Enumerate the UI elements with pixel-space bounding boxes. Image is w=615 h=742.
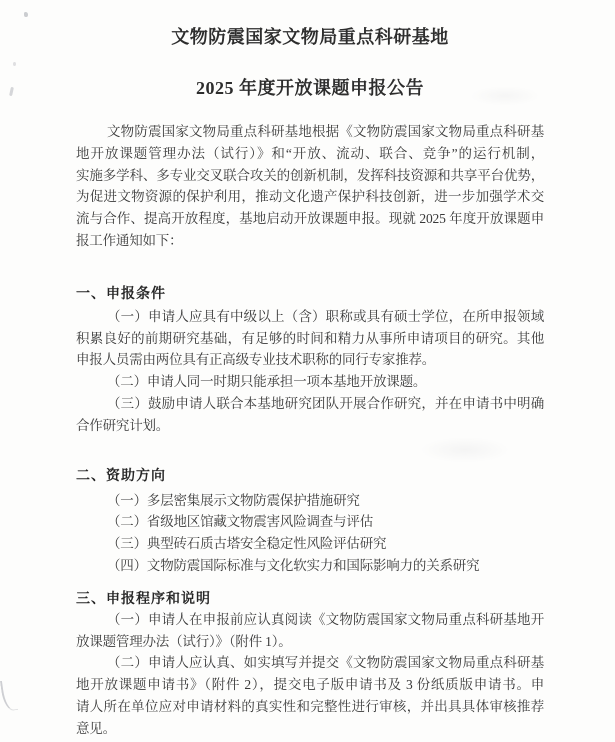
section-1-heading: 一、申报条件: [76, 282, 544, 304]
text-line: 地开放课题申请书》（附件 2），提交电子版申请书及 3 份纸质版申请书。申: [76, 674, 544, 696]
intro-paragraph: 文物防震国家文物局重点科研基地根据《文物防震国家文物局重点科研基 地开放课题管理…: [76, 121, 544, 252]
text-line: 地开放课题管理办法（试行）》和“开放、流动、联合、竞争”的运行机制，: [76, 143, 544, 165]
text-line: （一）申请人应具有中级以上（含）职称或具有硕士学位，在所申报领域: [76, 306, 544, 328]
text-line: （二）申请人同一时期只能承担一项本基地开放课题。: [76, 371, 544, 393]
scan-speck: [13, 62, 16, 66]
section-3-body: （一）申请人在申报前应认真阅读《文物防震国家文物局重点科研基地开 放课题管理办法…: [76, 609, 544, 740]
section-2-heading: 二、资助方向: [76, 464, 544, 486]
text-line: （三）鼓励申请人联合本基地研究团队开展合作研究，并在申请书中明确: [76, 393, 544, 415]
scanned-document-page: 文物防震国家文物局重点科研基地 2025 年度开放课题申报公告 文物防震国家文物…: [0, 0, 615, 742]
text-line: 积累良好的前期研究基础，有足够的时间和精力从事所申请项目的研究。其他: [76, 328, 544, 350]
text-line: （三）典型砖石质古塔安全稳定性风险评估研究: [76, 533, 544, 555]
text-line: 意见。: [76, 718, 544, 740]
text-line: 请人所在单位应对申请材料的真实性和完整性进行审核，并出具具体审核推荐: [76, 696, 544, 718]
section-3-heading: 三、申报程序和说明: [76, 587, 544, 609]
scan-mark: [0, 679, 18, 712]
text-line: 文物防震国家文物局重点科研基地根据《文物防震国家文物局重点科研基: [76, 121, 544, 143]
text-line: （二）省级地区馆藏文物震害风险调查与评估: [76, 511, 544, 533]
document-title: 文物防震国家文物局重点科研基地: [76, 27, 544, 47]
scan-speck: [9, 87, 14, 96]
section-1-body: （一）申请人应具有中级以上（含）职称或具有硕士学位，在所申报领域 积累良好的前期…: [76, 306, 544, 437]
text-line: 为促进文物资源的保护利用，推动文化遗产保护科技创新，进一步加强学术交: [76, 186, 544, 208]
text-line: 实施多学科、多专业交叉联合攻关的创新机制，发挥科技资源和共享平台优势，: [76, 165, 544, 187]
text-line: （二）申请人应认真、如实填写并提交《文物防震国家文物局重点科研基: [76, 652, 544, 674]
document-content: 文物防震国家文物局重点科研基地 2025 年度开放课题申报公告 文物防震国家文物…: [76, 0, 544, 740]
text-line: （一）申请人在申报前应认真阅读《文物防震国家文物局重点科研基地开: [76, 609, 544, 631]
text-line: 报工作通知如下：: [76, 230, 544, 252]
text-line: 流与合作、提高开放程度，基地启动开放课题申报。现就 2025 年度开放课题申: [76, 208, 544, 230]
text-line: （四）文物防震国际标准与文化软实力和国际影响力的关系研究: [76, 555, 544, 577]
text-line: 放课题管理办法（试行）》（附件 1）。: [76, 631, 544, 653]
text-line: （一）多层密集展示文物防震保护措施研究: [76, 490, 544, 512]
document-subtitle: 2025 年度开放课题申报公告: [76, 78, 544, 98]
text-line: 申报人员需由两位具有正高级专业技术职称的同行专家推荐。: [76, 349, 544, 371]
section-2-body: （一）多层密集展示文物防震保护措施研究 （二）省级地区馆藏文物震害风险调查与评估…: [76, 490, 544, 577]
text-line: 合作研究计划。: [76, 415, 544, 437]
scan-speck: [24, 12, 28, 17]
